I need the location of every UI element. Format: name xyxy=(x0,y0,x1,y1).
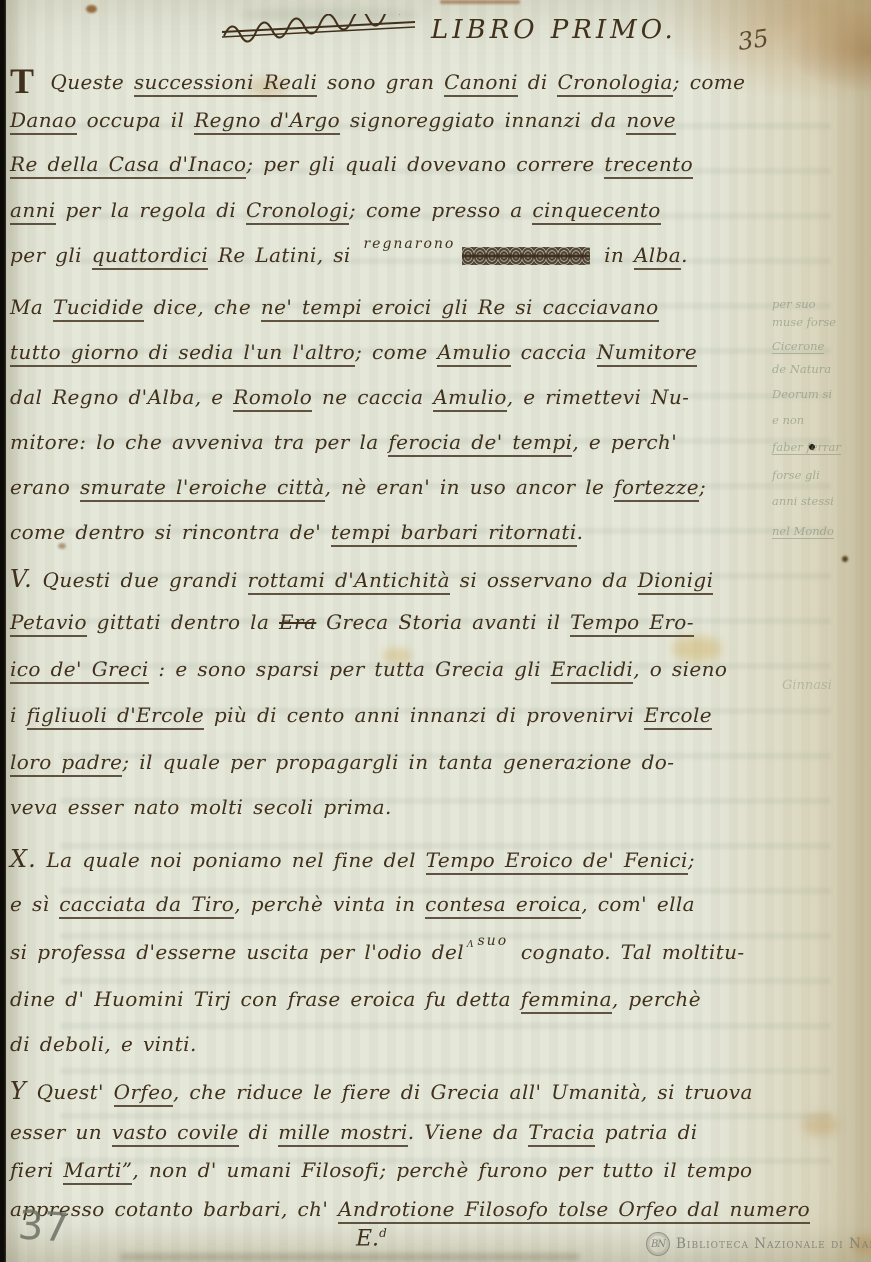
underlined-text: Regno d'Argo xyxy=(194,108,340,135)
manuscript-line: Re della Casa d'Inaco; per gli quali dov… xyxy=(10,152,693,176)
scribble-text xyxy=(462,247,590,265)
text: di deboli, e vinti. xyxy=(10,1032,197,1056)
text: , e perch' xyxy=(572,430,677,454)
text: Greca Storia avanti il xyxy=(316,610,570,634)
manuscript-line: dine d' Huomini Tirj con frase eroica fu… xyxy=(10,987,701,1011)
stamp-monogram: BN xyxy=(651,1239,665,1250)
text: patria di xyxy=(595,1120,698,1144)
text: dine d' Huomini Tirj con frase eroica fu… xyxy=(10,987,521,1011)
underlined-text: smurate l'eroiche città xyxy=(80,475,325,502)
underlined-text: tempi barbari ritornati xyxy=(331,520,577,547)
strike-text: Era xyxy=(279,610,316,634)
stamp-label: Biblioteca Nazionale di Napoli xyxy=(676,1236,871,1252)
text: ; per gli quali dovevano correre xyxy=(246,152,604,176)
manuscript-line: si professa d'esserne uscita per l'odio … xyxy=(10,940,745,964)
text: . xyxy=(577,520,584,544)
underlined-text: Tucidide xyxy=(53,295,144,322)
text: : e sono sparsi per tutta Grecia gli xyxy=(149,657,551,681)
manuscript-line: fieri Marti”, non d' umani Filosofi; per… xyxy=(10,1158,752,1182)
manuscript-line: Ma Tucidide dice, che ne' tempi eroici g… xyxy=(10,295,659,319)
underlined-text: loro padre xyxy=(10,750,122,777)
underlined-text: Tracia xyxy=(528,1120,595,1147)
text: ; come xyxy=(355,340,437,364)
manuscript-line: V. Questi due grandi rottami d'Antichità… xyxy=(10,565,713,593)
text: sono gran xyxy=(317,70,444,94)
underlined-text: rottami d'Antichità xyxy=(248,568,450,595)
page-number-bottom: 37 xyxy=(16,1202,70,1251)
text: ; come presso a xyxy=(349,198,532,222)
text: gittati dentro la xyxy=(87,610,279,634)
text: , nè eran' in uso ancor le xyxy=(325,475,614,499)
text: si osservano da xyxy=(450,568,638,592)
text: signoreggiato innanzi da xyxy=(340,108,626,132)
text: per gli xyxy=(10,243,92,267)
manuscript-line: erano smurate l'eroiche città, nè eran' … xyxy=(10,475,706,499)
underlined-text: Androtione Filosofo tolse Orfeo dal nume… xyxy=(338,1197,810,1224)
margin-note: forse gli xyxy=(772,468,820,482)
bleedthrough-word: Ginnasi xyxy=(782,678,832,693)
manuscript-text: TQueste successioni Reali sono gran Cano… xyxy=(10,0,780,1262)
underlined-text: contesa eroica xyxy=(425,892,581,919)
text: di xyxy=(518,70,558,94)
underlined-text: ico de' Greci xyxy=(10,657,149,684)
underlined-text: femmina xyxy=(521,987,612,1014)
manuscript-page: LIBRO PRIMO. 35 TQueste successioni Real… xyxy=(0,0,871,1262)
underlined-text: tutto giorno di sedia l'un l'altro xyxy=(10,340,355,367)
margin-note: e non xyxy=(772,413,804,427)
underlined-text: Tempo Ero- xyxy=(570,610,694,637)
mark-text: Y xyxy=(10,1077,27,1105)
manuscript-line: Petavio gittati dentro la Era Greca Stor… xyxy=(10,610,694,634)
manuscript-line: dal Regno d'Alba, e Romolo ne caccia Amu… xyxy=(10,385,689,409)
underlined-text: Romolo xyxy=(233,385,312,412)
manuscript-line: ico de' Greci : e sono sparsi per tutta … xyxy=(10,657,727,681)
manuscript-line: veva esser nato molti secoli prima. xyxy=(10,795,392,819)
margin-note: muse forse xyxy=(772,315,836,329)
text: , o sieno xyxy=(633,657,727,681)
underlined-text: vasto covile xyxy=(112,1120,239,1147)
manuscript-line: come dentro si rincontra de' tempi barba… xyxy=(10,520,583,544)
text: più di cento anni innanzi di provenirvi xyxy=(204,703,644,727)
text: dice, che xyxy=(144,295,261,319)
underlined-text: successioni Reali xyxy=(134,70,317,97)
catchword-superscript: d xyxy=(379,1226,387,1240)
manuscript-line: TQueste successioni Reali sono gran Cano… xyxy=(10,60,745,102)
text: si professa d'esserne uscita per l'odio … xyxy=(10,940,464,964)
text: mitore: lo che avveniva tra per la xyxy=(10,430,388,454)
text: , perchè xyxy=(612,987,701,1011)
underlined-text: Cronologi xyxy=(246,198,349,225)
text: ; il quale per propagargli in tanta gene… xyxy=(122,750,674,774)
manuscript-line: di deboli, e vinti. xyxy=(10,1032,197,1056)
underlined-text: Tempo Eroico de' Fenici xyxy=(426,848,688,875)
text: dal Regno d'Alba, e xyxy=(10,385,233,409)
text: Re Latini, si xyxy=(208,243,360,267)
underlined-text: Orfeo xyxy=(114,1080,173,1107)
underlined-text: Danao xyxy=(10,108,77,135)
underlined-text: Petavio xyxy=(10,610,87,637)
underlined-text: figliuoli d'Ercole xyxy=(27,703,205,730)
underlined-text: Numitore xyxy=(597,340,697,367)
text: caccia xyxy=(511,340,597,364)
text: . Viene da xyxy=(408,1120,529,1144)
underlined-text: Canoni xyxy=(444,70,518,97)
catchword-letter: E. xyxy=(356,1226,379,1251)
margin-note: nel Mondo xyxy=(772,524,834,539)
text: di xyxy=(239,1120,279,1144)
mark-text: V. xyxy=(10,565,33,593)
underlined-text: mille mostri xyxy=(278,1120,407,1147)
manuscript-line: e sì cacciata da Tiro, perchè vinta in c… xyxy=(10,892,695,916)
underlined-text: Cronologia xyxy=(557,70,672,97)
margin-note: Deorum si xyxy=(772,387,832,401)
underlined-text: anni xyxy=(10,198,56,225)
stain xyxy=(802,1114,838,1136)
text: cognato. Tal moltitu- xyxy=(511,940,744,964)
text: i xyxy=(10,703,27,727)
underlined-text: Ercole xyxy=(644,703,712,730)
margin-note: de Natura xyxy=(772,362,831,376)
text: e sì xyxy=(10,892,59,916)
manuscript-line: i figliuoli d'Ercole più di cento anni i… xyxy=(10,703,712,727)
text: , com' ella xyxy=(581,892,695,916)
manuscript-line: esser un vasto covile di mille mostri. V… xyxy=(10,1120,698,1144)
text: , non d' umani Filosofi; perchè furono p… xyxy=(132,1158,752,1182)
underlined-text: Eraclidi xyxy=(551,657,633,684)
text: erano xyxy=(10,475,80,499)
underlined-text: Dionigi xyxy=(638,568,714,595)
manuscript-line: Danao occupa il Regno d'Argo signoreggia… xyxy=(10,108,676,132)
text: in xyxy=(594,243,634,267)
underlined-text: Amulio xyxy=(437,340,511,367)
stamp-monogram-icon: BN xyxy=(646,1232,670,1256)
underlined-text: fortezze xyxy=(614,475,699,502)
underlined-text: Re della Casa d'Inaco xyxy=(10,152,246,179)
ins-text: suo xyxy=(467,933,508,949)
text: La quale noi poniamo nel fine del xyxy=(37,848,426,872)
manuscript-line: loro padre; il quale per propagargli in … xyxy=(10,750,674,774)
underlined-text: quattordici xyxy=(92,243,208,270)
manuscript-line: mitore: lo che avveniva tra per la feroc… xyxy=(10,430,677,454)
text: veva esser nato molti secoli prima. xyxy=(10,795,392,819)
margin-note: Cicerone xyxy=(772,339,824,354)
manuscript-line: appresso cotanto barbari, ch' Androtione… xyxy=(10,1197,810,1221)
manuscript-line: Y Quest' Orfeo, che riduce le fiere di G… xyxy=(10,1077,753,1105)
margin-note: per suo xyxy=(772,297,816,311)
text: fieri xyxy=(10,1158,63,1182)
text: Questi due grandi xyxy=(33,568,248,592)
underlined-text: Alba xyxy=(634,243,681,270)
text: ne caccia xyxy=(312,385,433,409)
text: ; xyxy=(688,848,695,872)
text: Quest' xyxy=(27,1080,114,1104)
text: esser un xyxy=(10,1120,112,1144)
underlined-text: cinquecento xyxy=(532,198,660,225)
underlined-text: ne' tempi eroici gli Re si cacciavano xyxy=(261,295,659,322)
mark-text: X. xyxy=(10,845,37,873)
underlined-text: Amulio xyxy=(433,385,507,412)
margin-note: anni stessi xyxy=(772,494,834,508)
underlined-text: Marti” xyxy=(63,1158,132,1185)
manuscript-line: per gli quattordici Re Latini, si regnar… xyxy=(10,243,688,267)
manuscript-line: anni per la regola di Cronologi; come pr… xyxy=(10,198,661,222)
init-text: T xyxy=(10,61,34,101)
book-binding-edge xyxy=(0,0,6,1262)
stain xyxy=(842,556,848,562)
text: ; xyxy=(699,475,706,499)
text: occupa il xyxy=(77,108,194,132)
text: per la regola di xyxy=(56,198,246,222)
text: , e rimettevi Nu- xyxy=(507,385,690,409)
underlined-text: cacciata da Tiro xyxy=(59,892,234,919)
text: ; come xyxy=(673,70,746,94)
text: Queste xyxy=(50,70,133,94)
underlined-text: ferocia de' tempi xyxy=(388,430,572,457)
catchword: E.d xyxy=(356,1226,387,1251)
ins-text: regnarono xyxy=(363,236,455,252)
library-stamp: BN Biblioteca Nazionale di Napoli xyxy=(646,1232,871,1256)
text: come dentro si rincontra de' xyxy=(10,520,331,544)
margin-note: faber ferrar xyxy=(772,440,841,455)
text: Ma xyxy=(10,295,53,319)
manuscript-line: X. La quale noi poniamo nel fine del Tem… xyxy=(10,845,695,873)
underlined-text: trecento xyxy=(604,152,693,179)
text: , che riduce le fiere di Grecia all' Uma… xyxy=(173,1080,753,1104)
text: , perchè vinta in xyxy=(234,892,425,916)
text: . xyxy=(681,243,688,267)
manuscript-line: tutto giorno di sedia l'un l'altro; come… xyxy=(10,340,697,364)
underlined-text: nove xyxy=(626,108,676,135)
